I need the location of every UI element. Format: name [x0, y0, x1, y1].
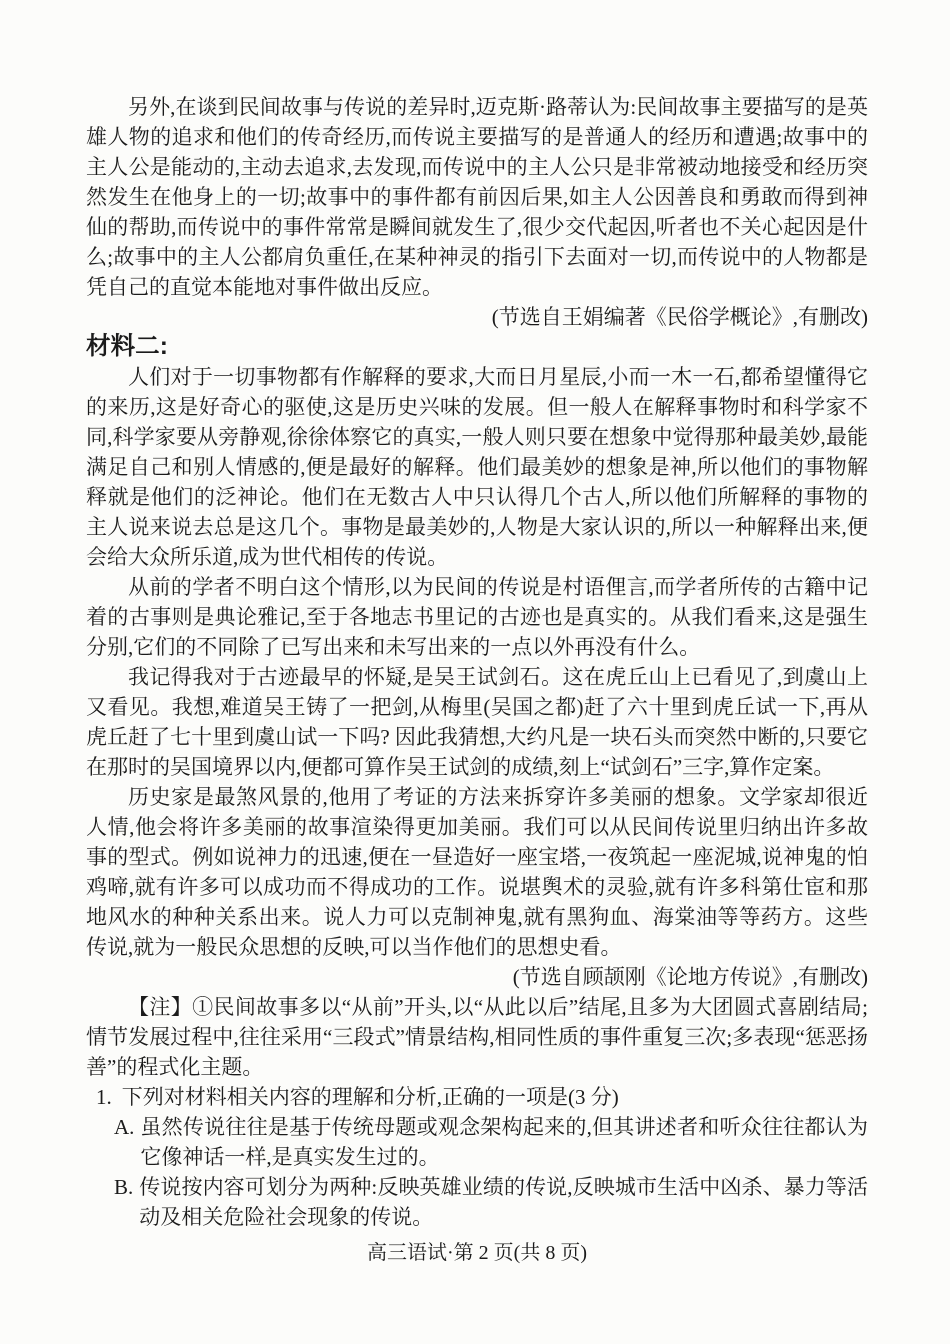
option-b-label: B.	[114, 1172, 139, 1232]
material-one-citation: (节选自王娟编著《民俗学概论》,有删改)	[86, 302, 868, 332]
option-a-text: 虽然传说往往是基于传统母题或观念架构起来的,但其讲述者和听众往往都认为它像神话一…	[140, 1112, 868, 1172]
note-paragraph: 【注】①民间故事多以“从前”开头,以“从此以后”结尾,且多为大团圆式喜剧结局;情…	[86, 992, 868, 1082]
question-1-stem: 下列对材料相关内容的理解和分析,正确的一项是(3 分)	[122, 1082, 868, 1112]
material-two-paragraph-2: 从前的学者不明白这个情形,以为民间的传说是村语俚言,而学者所传的古籍中记着的古事…	[86, 572, 868, 662]
material-two-heading: 材料二:	[86, 332, 868, 362]
material-two-paragraph-1: 人们对于一切事物都有作解释的要求,大而日月星辰,小而一木一石,都希望懂得它的来历…	[86, 362, 868, 572]
question-1: 1. 下列对材料相关内容的理解和分析,正确的一项是(3 分)	[96, 1082, 868, 1112]
material-two-paragraph-4: 历史家是最煞风景的,他用了考证的方法来拆穿许多美丽的想象。文学家却很近人情,他会…	[86, 782, 868, 962]
question-1-option-a: A. 虽然传说往往是基于传统母题或观念架构起来的,但其讲述者和听众往往都认为它像…	[114, 1112, 868, 1172]
page-footer: 高三语试·第 2 页(共 8 页)	[86, 1238, 868, 1268]
material-two-citation: (节选自顾颉刚《论地方传说》,有删改)	[86, 962, 868, 992]
exam-page: 另外,在谈到民间故事与传说的差异时,迈克斯·路蒂认为:民间故事主要描写的是英雄人…	[0, 0, 950, 1344]
material-one-paragraph: 另外,在谈到民间故事与传说的差异时,迈克斯·路蒂认为:民间故事主要描写的是英雄人…	[86, 92, 868, 302]
option-a-label: A.	[114, 1112, 140, 1172]
option-b-text: 传说按内容可划分为两种:反映英雄业绩的传说,反映城市生活中凶杀、暴力等活动及相关…	[139, 1172, 868, 1232]
material-two-paragraph-3: 我记得我对于古迹最早的怀疑,是吴王试剑石。这在虎丘山上已看见了,到虞山上又看见。…	[86, 662, 868, 782]
question-1-option-b: B. 传说按内容可划分为两种:反映英雄业绩的传说,反映城市生活中凶杀、暴力等活动…	[114, 1172, 868, 1232]
question-1-number: 1.	[96, 1082, 122, 1112]
